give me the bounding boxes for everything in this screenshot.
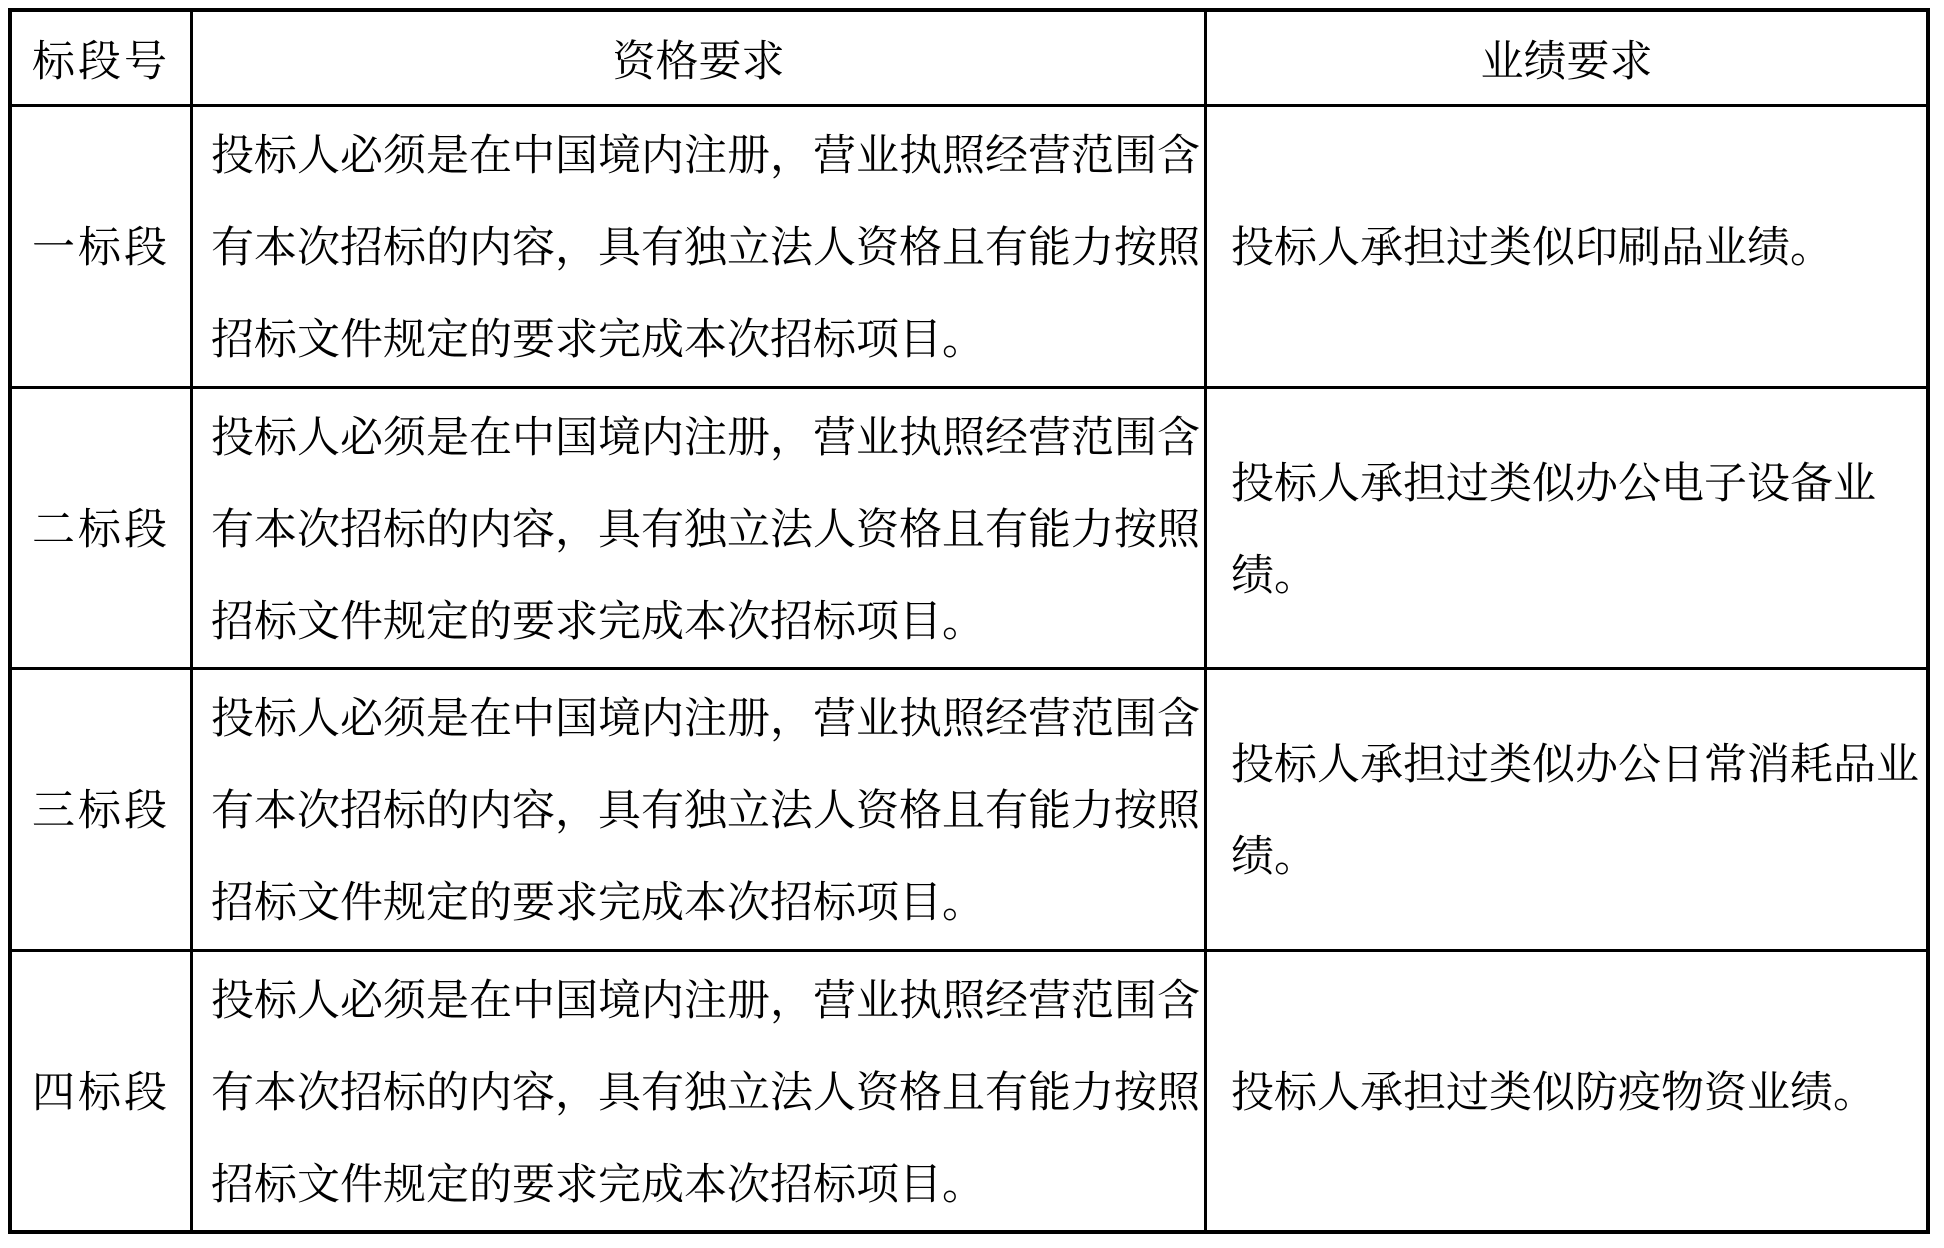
performance-text: 投标人承担过类似办公电子设备业 绩。 [1231, 433, 1876, 623]
qualification-cell-section-3: 投标人必须是在中国境内注册，营业执照经营范围含 有本次招标的内容，具有独立法人资… [190, 667, 1204, 949]
col-header-qualification: 资格要求 [190, 12, 1204, 104]
section-number-text: 四标段 [32, 1042, 170, 1140]
qualification-cell-section-2: 投标人必须是在中国境内注册，营业执照经营范围含 有本次招标的内容，具有独立法人资… [190, 386, 1204, 668]
col-header-section-number: 标段号 [12, 12, 190, 104]
col-header-qualification-label: 资格要求 [613, 28, 785, 89]
performance-cell-section-4: 投标人承担过类似防疫物资业绩。 [1204, 949, 1926, 1231]
qualification-cell-section-4: 投标人必须是在中国境内注册，营业执照经营范围含 有本次招标的内容，具有独立法人资… [190, 949, 1204, 1231]
qualification-text: 投标人必须是在中国境内注册，营业执照经营范围含 有本次招标的内容，具有独立法人资… [211, 668, 1200, 948]
section-number-text: 一标段 [32, 197, 170, 295]
performance-text: 投标人承担过类似印刷品业绩。 [1231, 197, 1833, 295]
row-label-section-4: 四标段 [12, 949, 190, 1231]
qualification-text: 投标人必须是在中国境内注册，营业执照经营范围含 有本次招标的内容，具有独立法人资… [211, 950, 1200, 1230]
section-number-text: 三标段 [32, 760, 170, 858]
row-label-section-3: 三标段 [12, 667, 190, 949]
performance-text: 投标人承担过类似办公日常消耗品业 绩。 [1231, 714, 1919, 904]
col-header-section-number-label: 标段号 [32, 28, 170, 89]
qualification-text: 投标人必须是在中国境内注册，营业执照经营范围含 有本次招标的内容，具有独立法人资… [211, 105, 1200, 385]
qualification-text: 投标人必须是在中国境内注册，营业执照经营范围含 有本次招标的内容，具有独立法人资… [211, 387, 1200, 667]
performance-cell-section-1: 投标人承担过类似印刷品业绩。 [1204, 104, 1926, 386]
performance-text: 投标人承担过类似防疫物资业绩。 [1231, 1042, 1876, 1140]
row-label-section-2: 二标段 [12, 386, 190, 668]
row-label-section-1: 一标段 [12, 104, 190, 386]
performance-cell-section-2: 投标人承担过类似办公电子设备业 绩。 [1204, 386, 1926, 668]
tender-requirements-table: 标段号 资格要求 业绩要求 一标段 投标人必须是在中国境内注册，营业执照经营范围… [8, 8, 1930, 1234]
qualification-cell-section-1: 投标人必须是在中国境内注册，营业执照经营范围含 有本次招标的内容，具有独立法人资… [190, 104, 1204, 386]
col-header-performance-label: 业绩要求 [1481, 28, 1653, 89]
section-number-text: 二标段 [32, 479, 170, 577]
performance-cell-section-3: 投标人承担过类似办公日常消耗品业 绩。 [1204, 667, 1926, 949]
col-header-performance: 业绩要求 [1204, 12, 1926, 104]
